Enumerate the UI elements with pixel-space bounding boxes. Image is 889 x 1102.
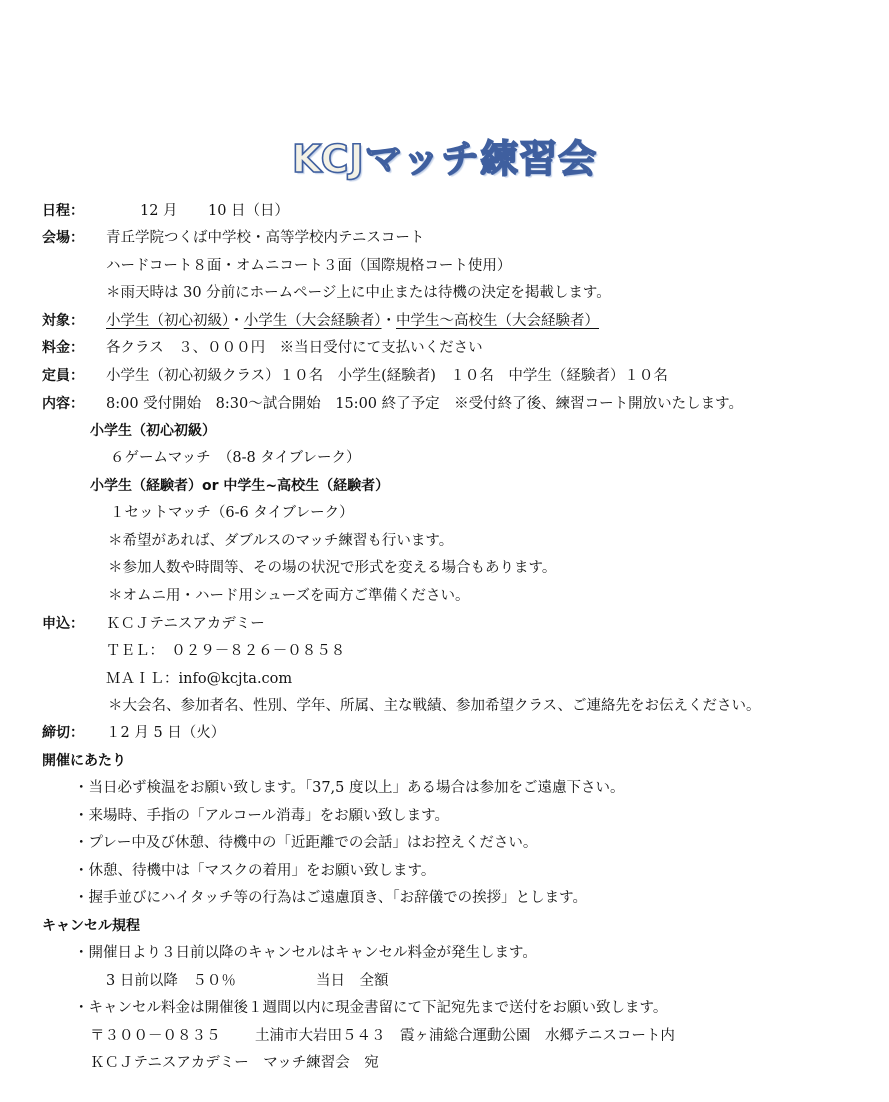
fee-value: 各クラス ３、０００円 ※当日受付にて支払いください bbox=[106, 336, 483, 360]
deadline-label: 締切： bbox=[42, 721, 84, 745]
capacity-label: 定員： bbox=[42, 364, 84, 388]
apply-note: ＊大会名、参加者名、性別、学年、所属、主な戦績、参加希望クラス、ご連絡先をお伝え… bbox=[108, 694, 761, 718]
content-value: 8:00 受付開始 8:30～試合開始 15:00 終了予定 ※受付終了後、練習… bbox=[106, 392, 743, 416]
deadline-value: １2 月 5 日（火） bbox=[106, 721, 225, 745]
target-classes: 小学生（初心初級）・小学生（大会経験者）・中学生～高校生（大会経験者） bbox=[106, 309, 599, 333]
schedule-label: 日程： bbox=[42, 199, 84, 223]
document-title: KCJマッチ練習会 bbox=[0, 128, 889, 183]
schedule-day: 10 日（日） bbox=[208, 199, 289, 223]
apply-mail-row: ＭＡＩＬ：info@kcjta.com bbox=[106, 667, 292, 691]
target-label: 対象： bbox=[42, 309, 84, 333]
group-heading: 小学生（経験者）or 中学生~高校生（経験者） bbox=[90, 474, 389, 498]
apply-tel: ＴＥＬ： ０２９－８２６－０８５８ bbox=[106, 639, 345, 663]
target-class: 小学生（大会経験者） bbox=[244, 313, 382, 329]
cancel-item: ・キャンセル料金は開催後１週間以内に現金書留にて下記宛先まで送付をお願い致します… bbox=[74, 996, 667, 1020]
venue-label: 会場： bbox=[42, 226, 84, 250]
hosting-item: ・握手並びにハイタッチ等の行為はご遠慮頂き、「お辞儀での挨拶」とします。 bbox=[74, 886, 587, 910]
capacity-value: 小学生（初心初級クラス）１０名 小学生(経験者) １０名 中学生（経験者）１０名 bbox=[106, 364, 668, 388]
content-note: ＊オムニ用・ハード用シューズを両方ご準備ください。 bbox=[108, 584, 469, 608]
recipient: ＫＣＪテニスアカデミー マッチ練習会 宛 bbox=[90, 1051, 379, 1075]
target-class: 小学生（初心初級） bbox=[106, 313, 229, 329]
cancel-item: ・開催日より３日前以降のキャンセルはキャンセル料金が発生します。 bbox=[74, 941, 537, 965]
address: 土浦市大岩田５４３ 霞ヶ浦総合運動公園 水郷テニスコート内 bbox=[255, 1024, 675, 1048]
cancel-heading: キャンセル規程 bbox=[42, 914, 140, 938]
mail-label: ＭＡＩＬ： bbox=[106, 671, 179, 687]
mail-address[interactable]: info@kcjta.com bbox=[179, 671, 293, 687]
group-detail: ６ゲームマッチ （8-8 タイブレーク） bbox=[110, 446, 361, 470]
apply-label: 申込： bbox=[42, 612, 84, 636]
group-detail: １セットマッチ（6-6 タイブレーク） bbox=[110, 501, 354, 525]
venue-line: ハードコート８面・オムニコート３面（国際規格コート使用） bbox=[106, 254, 511, 278]
hosting-item: ・当日必ず検温をお願い致します。「37,5 度以上」ある場合は参加をご遠慮下さい… bbox=[74, 776, 624, 800]
group-heading: 小学生（初心初級） bbox=[90, 419, 216, 443]
cancel-rate: 3 日前以降 ５０％ bbox=[106, 969, 236, 993]
venue-line: 青丘学院つくば中学校・高等学校内テニスコート bbox=[106, 226, 424, 250]
hosting-item: ・プレー中及び休憩、待機中の「近距離での会話」はお控えください。 bbox=[74, 831, 537, 855]
content-note: ＊参加人数や時間等、その場の状況で形式を変える場合もあります。 bbox=[108, 556, 556, 580]
fee-label: 料金： bbox=[42, 336, 84, 360]
target-class: 中学生～高校生（大会経験者） bbox=[396, 313, 599, 329]
hosting-item: ・来場時、手指の「アルコール消毒」をお願い致します。 bbox=[74, 804, 449, 828]
postal-code: 〒３００－０８３５ bbox=[90, 1024, 221, 1048]
content-note: ＊希望があれば、ダブルスのマッチ練習も行います。 bbox=[108, 529, 453, 553]
hosting-item: ・休憩、待機中は「マスクの着用」をお願い致します。 bbox=[74, 859, 435, 883]
hosting-heading: 開催にあたり bbox=[42, 749, 126, 773]
venue-line: ＊雨天時は 30 分前にホームページ上に中止または待機の決定を掲載します。 bbox=[106, 281, 611, 305]
schedule-month: 12 月 bbox=[140, 199, 178, 223]
cancel-rate: 当日 全額 bbox=[316, 969, 389, 993]
content-label: 内容： bbox=[42, 392, 84, 416]
apply-org: ＫＣＪテニスアカデミー bbox=[106, 612, 265, 636]
